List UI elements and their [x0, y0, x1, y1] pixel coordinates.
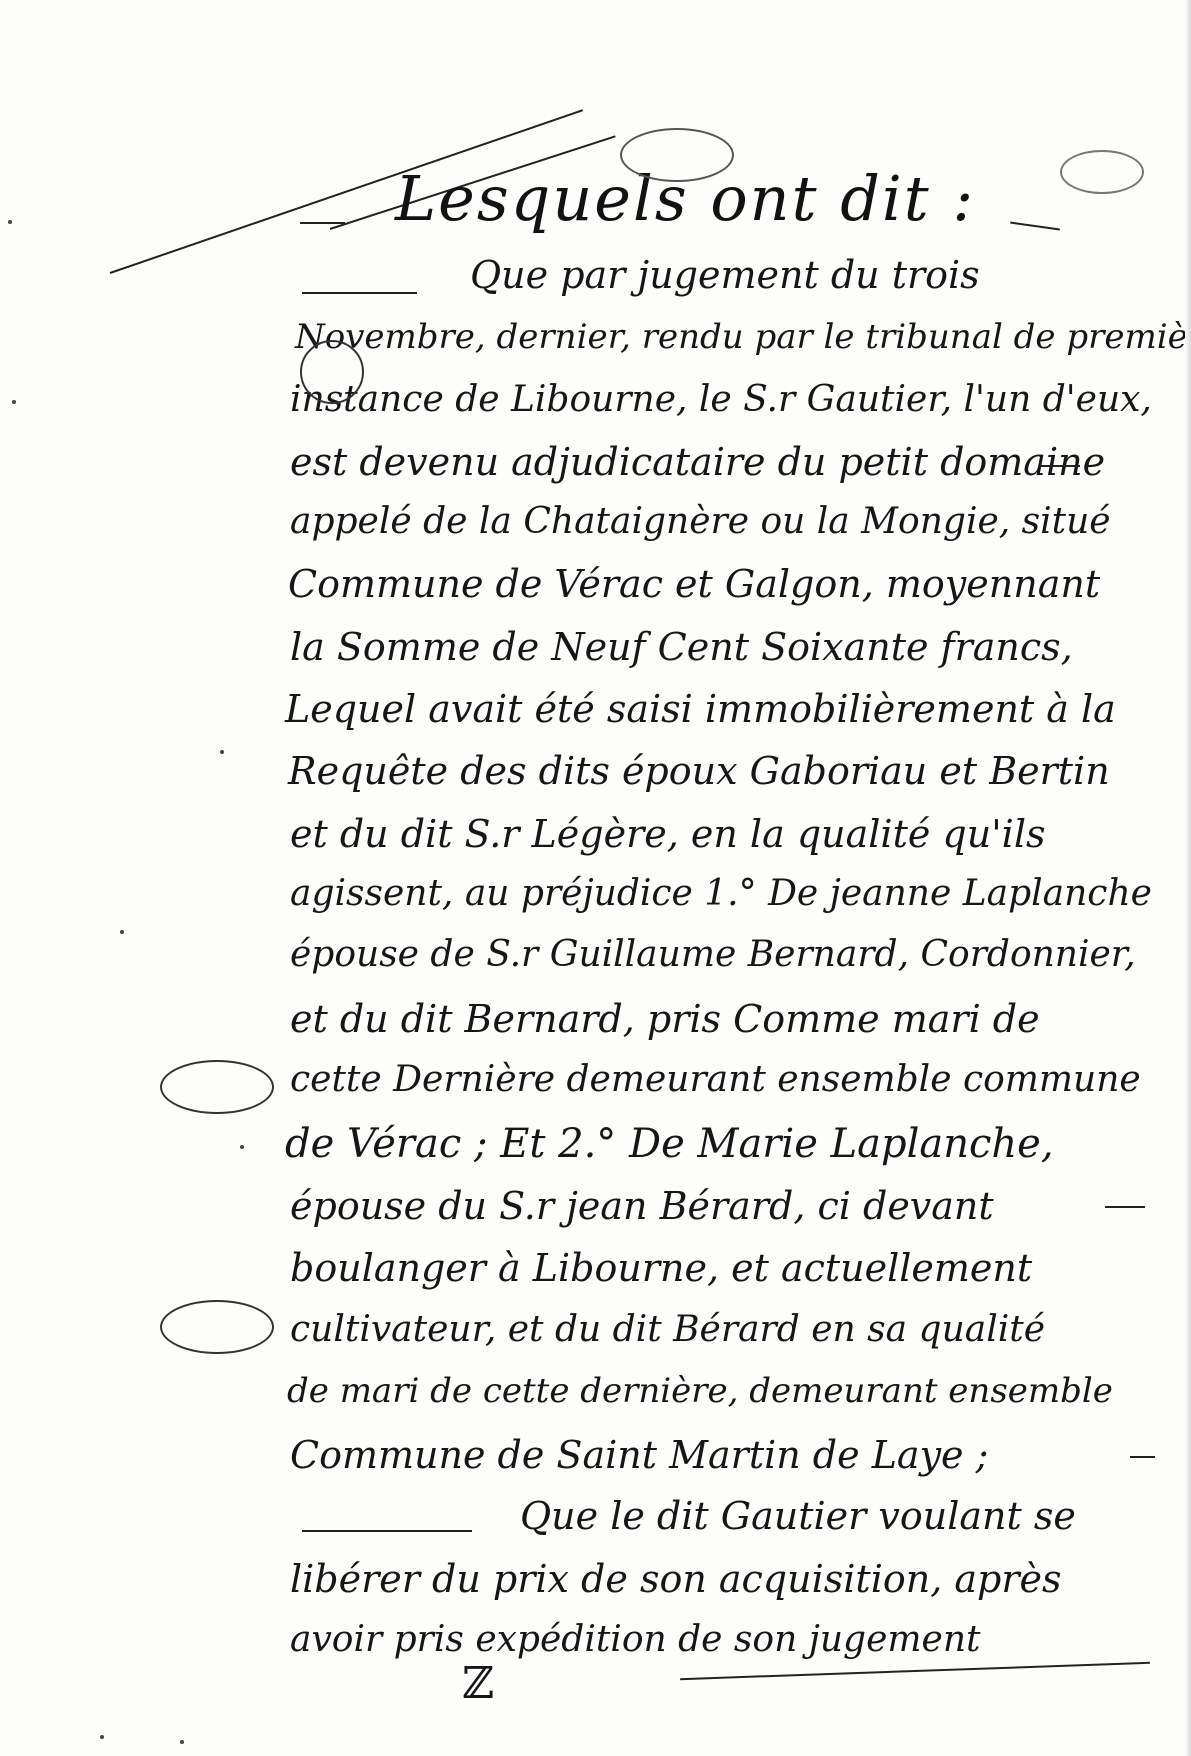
manuscript-line: instance de Libourne, le S.r Gautier, l'…	[290, 382, 1152, 418]
margin-flourish	[160, 1300, 274, 1354]
manuscript-line: libérer du prix de son acquisition, aprè…	[290, 1560, 1062, 1598]
manuscript-line: la Somme de Neuf Cent Soixante francs,	[290, 628, 1073, 666]
manuscript-line: agissent, au préjudice 1.° De jeanne Lap…	[290, 876, 1152, 912]
decorative-flourish	[1060, 150, 1144, 194]
decorative-flourish	[620, 128, 734, 182]
manuscript-line: et du dit Bernard, pris Comme mari de	[290, 1000, 1040, 1038]
manuscript-line: Commune de Saint Martin de Laye ;	[290, 1436, 988, 1474]
margin-flourish	[160, 1060, 274, 1114]
stray-speck	[240, 1145, 244, 1149]
manuscript-line: est devenu adjudicataire du petit domain…	[290, 443, 1105, 481]
manuscript-line: boulanger à Libourne, et actuellement	[290, 1249, 1032, 1287]
manuscript-line: de mari de cette dernière, demeurant ens…	[287, 1374, 1113, 1408]
manuscript-line: épouse de S.r Guillaume Bernard, Cordonn…	[290, 937, 1136, 973]
manuscript-line: Lequel avait été saisi immobilièrement à…	[285, 690, 1116, 728]
manuscript-page: Lesquels ont dit : Que par jugement du t…	[0, 0, 1191, 1756]
closing-rule	[680, 1662, 1150, 1680]
manuscript-line: Que le dit Gautier voulant se	[520, 1497, 1076, 1535]
line-end-rule	[1040, 465, 1080, 467]
stray-speck	[120, 930, 124, 934]
manuscript-line: cette Dernière demeurant ensemble commun…	[290, 1062, 1141, 1098]
paragraph-rule	[302, 1530, 472, 1532]
margin-flourish	[300, 340, 364, 404]
manuscript-line: de Vérac ; Et 2.° De Marie Laplanche,	[285, 1124, 1054, 1164]
page-edge-shadow	[1185, 0, 1191, 1756]
manuscript-line: Requête des dits époux Gaboriau et Berti…	[288, 752, 1110, 790]
manuscript-line: épouse du S.r jean Bérard, ci devant	[290, 1187, 994, 1225]
stray-speck	[100, 1735, 104, 1739]
manuscript-line: avoir pris expédition de son jugement	[290, 1622, 981, 1658]
stray-speck	[8, 220, 12, 224]
manuscript-line: Commune de Vérac et Galgon, moyennant	[288, 565, 1100, 603]
line-end-rule	[1130, 1456, 1155, 1458]
manuscript-line: appelé de la Chataignère ou la Mongie, s…	[290, 504, 1111, 540]
manuscript-line: cultivateur, et du dit Bérard en sa qual…	[290, 1312, 1045, 1348]
line-end-rule	[1105, 1206, 1145, 1208]
manuscript-line: Que par jugement du trois	[470, 256, 980, 294]
manuscript-line: et du dit S.r Légère, en la qualité qu'i…	[290, 815, 1045, 853]
stray-speck	[220, 750, 224, 754]
heading-rule	[300, 222, 345, 224]
paragraph-rule	[302, 292, 417, 294]
manuscript-line: Novembre, dernier, rendu par le tribunal…	[295, 320, 1191, 354]
heading-rule-right	[1010, 222, 1060, 231]
closing-paraph-mark: ℤ	[462, 1662, 494, 1706]
stray-speck	[180, 1740, 184, 1744]
stray-speck	[12, 400, 16, 404]
